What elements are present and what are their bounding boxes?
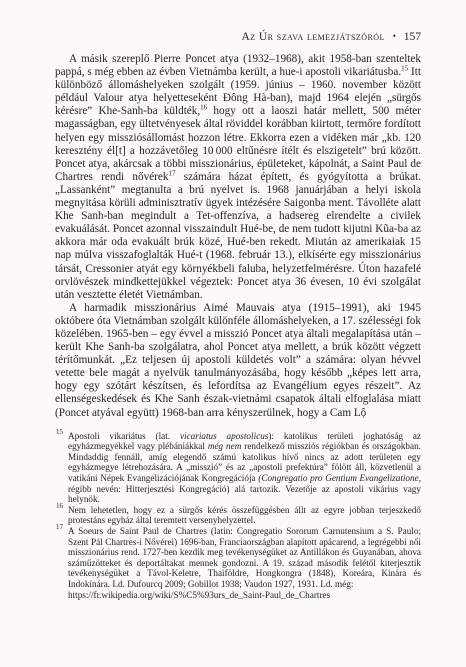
text-run: A harmadik misszionárius Aimé Mauvais at…: [55, 302, 421, 419]
text-run: A másik szereplő Pierre Poncet atya (193…: [55, 53, 421, 78]
book-page: Az Úr szava lemezjátszóról • 157 A másik…: [0, 0, 466, 667]
text-run: Nem lehetetlen, hogy ez a sürgős kérés ö…: [68, 505, 421, 526]
footnotes: 15Apostoli vikariátus (lat. vicariatus a…: [55, 431, 421, 601]
text-run: régibb nevén: Hitterjesztési Kongregáció…: [68, 484, 421, 505]
footnote-15: 15Apostoli vikariátus (lat. vicariatus a…: [55, 431, 421, 505]
text-run: számára házat épített, és gyógyította a …: [55, 171, 421, 301]
wikipedia-url: https://fr.wikipedia.org/wiki/S%C5%93urs…: [68, 590, 330, 600]
text-run: Apostoli vikariátus (lat.: [68, 431, 180, 441]
body-text: A másik szereplő Pierre Poncet atya (193…: [55, 53, 421, 420]
header-separator: •: [393, 31, 396, 41]
text-run: A Soeurs de Saint Paul de Chartres (lati…: [68, 526, 421, 589]
footnote-17: 17A Soeurs de Saint Paul de Chartres (la…: [55, 526, 421, 600]
running-header: Az Úr szava lemezjátszóról • 157: [55, 30, 421, 44]
body-paragraph: A másik szereplő Pierre Poncet atya (193…: [55, 53, 421, 302]
page-number: 157: [404, 31, 421, 43]
italic-text: (Congregatio pro Gentium Evangelizatione…: [258, 473, 421, 483]
italic-text: vicariatus apostolicus: [180, 431, 268, 441]
body-paragraph: A harmadik misszionárius Aimé Mauvais at…: [55, 302, 421, 420]
running-header-title: Az Úr szava lemezjátszóról: [242, 31, 385, 43]
footnote-16: 16Nem lehetetlen, hogy ez a sürgős kérés…: [55, 505, 421, 526]
italic-text: még nem: [208, 441, 242, 451]
